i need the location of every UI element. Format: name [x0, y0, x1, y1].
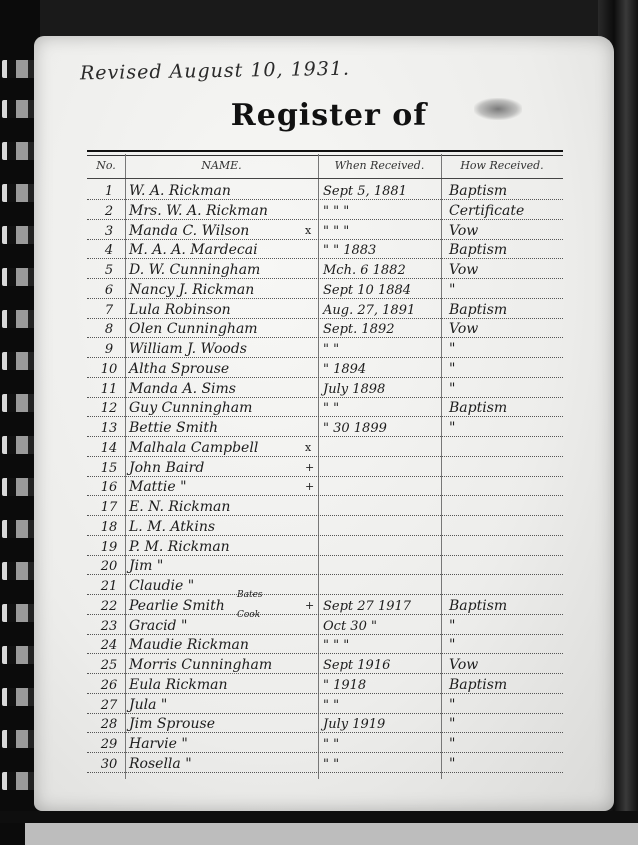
binding-ring [2, 688, 36, 706]
binding-ring [2, 520, 36, 538]
binding-ring [2, 310, 36, 328]
entry-how-received: " [449, 697, 559, 713]
entry-how-received: " [449, 420, 559, 436]
entry-number: 28 [91, 717, 127, 732]
entry-when-received: " " 1883 [323, 243, 439, 258]
entry-name: L. M. Atkins [129, 519, 317, 535]
entry-number: 27 [91, 698, 127, 713]
entry-how-received: Certificate [449, 203, 559, 219]
entry-name: Lula Robinson [129, 302, 317, 318]
entry-number: 9 [91, 342, 127, 357]
entry-when-received: " 1918 [323, 678, 439, 693]
entry-name: Manda C. Wilson [129, 223, 317, 239]
entry-number: 18 [91, 520, 127, 535]
binding-ring [2, 226, 36, 244]
entry-how-received: " [449, 282, 559, 298]
table-row: 19P. M. Rickman [87, 537, 563, 556]
entry-when-received: " 1894 [323, 362, 439, 377]
table-row: 16Mattie "+ [87, 477, 563, 496]
entry-how-received: " [449, 361, 559, 377]
revised-annotation: Revised August 10, 1931. [80, 58, 350, 85]
entry-how-received: " [449, 341, 559, 357]
entry-name: W. A. Rickman [129, 183, 317, 199]
column-header-no: No. [87, 159, 125, 172]
entry-name: Rosella " [129, 756, 317, 772]
entry-mark: + [305, 599, 314, 612]
table-row: 8Olen CunninghamSept. 1892Vow [87, 319, 563, 338]
header-rule [87, 150, 563, 156]
entry-name: Claudie " [129, 578, 317, 594]
entry-name: Mattie " [129, 479, 317, 495]
entry-name: M. A. A. Mardecai [129, 242, 317, 258]
entry-name: Eula Rickman [129, 677, 317, 693]
table-row: 11Manda A. SimsJuly 1898" [87, 379, 563, 398]
table-row: 15John Baird+ [87, 458, 563, 477]
entry-name: Mrs. W. A. Rickman [129, 203, 317, 219]
entry-name: Gracid " [129, 618, 317, 634]
entry-number: 19 [91, 540, 127, 555]
entry-name: P. M. Rickman [129, 539, 317, 555]
table-row: 22Pearlie SmithSept 27 1917Baptism+Bates [87, 596, 563, 615]
binding-ring [2, 772, 36, 790]
entry-how-received: " [449, 736, 559, 752]
entry-how-received: Baptism [449, 677, 559, 693]
scanner-bed [25, 823, 638, 845]
table-row: 4M. A. A. Mardecai" " 1883Baptism [87, 240, 563, 259]
entry-how-received: Baptism [449, 598, 559, 614]
entry-note: Bates [237, 590, 263, 600]
entry-number: 29 [91, 737, 127, 752]
entry-number: 17 [91, 500, 127, 515]
entry-number: 16 [91, 480, 127, 495]
entry-name: Bettie Smith [129, 420, 317, 436]
header-underline [87, 178, 125, 179]
entry-how-received: Vow [449, 262, 559, 278]
table-row: 2Mrs. W. A. Rickman" " "Certificate [87, 201, 563, 220]
table-row: 1W. A. RickmanSept 5, 1881Baptism [87, 181, 563, 200]
entry-when-received: " " [323, 342, 439, 357]
entry-when-received: Sept 1916 [323, 658, 439, 673]
entry-how-received: " [449, 618, 559, 634]
table-row: 28Jim SprouseJuly 1919" [87, 714, 563, 733]
table-row: 13Bettie Smith" 30 1899" [87, 418, 563, 437]
table-row: 20Jim " [87, 556, 563, 575]
entry-number: 5 [91, 263, 127, 278]
binding-ring [2, 352, 36, 370]
book-bottom-edge [0, 811, 638, 823]
table-row: 30Rosella "" "" [87, 754, 563, 773]
table-row: 10Altha Sprouse" 1894" [87, 359, 563, 378]
entry-how-received: Baptism [449, 242, 559, 258]
entry-number: 1 [91, 184, 127, 199]
entry-when-received: Sept 27 1917 [323, 599, 439, 614]
header-underline [318, 178, 441, 179]
binding-ring [2, 604, 36, 622]
entry-when-received: Oct 30 " [323, 619, 439, 634]
table-row: 25Morris CunninghamSept 1916Vow [87, 655, 563, 674]
entry-when-received: " " [323, 757, 439, 772]
table-row: 5D. W. CunninghamMch. 6 1882Vow [87, 260, 563, 279]
entry-when-received: " 30 1899 [323, 421, 439, 436]
entry-number: 10 [91, 362, 127, 377]
entry-when-received: Sept. 1892 [323, 322, 439, 337]
entry-number: 13 [91, 421, 127, 436]
entry-when-received: Mch. 6 1882 [323, 263, 439, 278]
binding-ring [2, 436, 36, 454]
table-row: 23Gracid "Oct 30 ""Cook [87, 616, 563, 635]
entry-number: 11 [91, 382, 127, 397]
entry-number: 12 [91, 401, 127, 416]
entry-name: D. W. Cunningham [129, 262, 317, 278]
entry-mark: + [305, 461, 314, 474]
column-header-name: NAME. [125, 159, 318, 172]
table-row: 14Malhala Campbellx [87, 438, 563, 457]
entry-how-received: Vow [449, 321, 559, 337]
entry-how-received: Vow [449, 223, 559, 239]
entry-number: 4 [91, 243, 127, 258]
entry-name: Harvie " [129, 736, 317, 752]
entry-mark: x [305, 224, 311, 237]
entry-number: 20 [91, 559, 127, 574]
entry-number: 14 [91, 441, 127, 456]
header-underline [441, 178, 563, 179]
binding-ring [2, 478, 36, 496]
entry-how-received: Vow [449, 657, 559, 673]
entry-when-received: July 1919 [323, 717, 439, 732]
entry-number: 6 [91, 283, 127, 298]
entry-when-received: Aug. 27, 1891 [323, 303, 439, 318]
table-row: 18L. M. Atkins [87, 517, 563, 536]
entry-how-received: Baptism [449, 302, 559, 318]
entry-name: E. N. Rickman [129, 499, 317, 515]
column-header-when: When Received. [318, 159, 441, 172]
entry-number: 21 [91, 579, 127, 594]
entry-name: Guy Cunningham [129, 400, 317, 416]
entry-mark: + [305, 480, 314, 493]
table-row: 17E. N. Rickman [87, 497, 563, 516]
entry-name: Nancy J. Rickman [129, 282, 317, 298]
table-row: 21Claudie " [87, 576, 563, 595]
entry-number: 3 [91, 224, 127, 239]
entry-how-received: Baptism [449, 400, 559, 416]
entry-note: Cook [237, 610, 260, 620]
entry-name: Morris Cunningham [129, 657, 317, 673]
table-row: 27Jula "" "" [87, 695, 563, 714]
binding-ring [2, 646, 36, 664]
entry-when-received: July 1898 [323, 382, 439, 397]
entry-name: Jula " [129, 697, 317, 713]
entry-number: 2 [91, 204, 127, 219]
entry-number: 7 [91, 303, 127, 318]
entry-when-received: " " [323, 698, 439, 713]
entry-number: 25 [91, 658, 127, 673]
entry-name: Altha Sprouse [129, 361, 317, 377]
entry-name: Manda A. Sims [129, 381, 317, 397]
entry-name: William J. Woods [129, 341, 317, 357]
entry-number: 15 [91, 461, 127, 476]
table-row: 7Lula RobinsonAug. 27, 1891Baptism [87, 300, 563, 319]
page-title: Register of [0, 98, 638, 133]
binding-ring [2, 268, 36, 286]
table-row: 26Eula Rickman" 1918Baptism [87, 675, 563, 694]
table-row: 24Maudie Rickman" " "" [87, 635, 563, 654]
binding-ring [2, 394, 36, 412]
entry-how-received: " [449, 381, 559, 397]
entry-name: Jim " [129, 558, 317, 574]
entry-name: John Baird [129, 460, 317, 476]
entry-number: 30 [91, 757, 127, 772]
entry-how-received: " [449, 756, 559, 772]
entry-when-received: " " [323, 401, 439, 416]
entry-name: Malhala Campbell [129, 440, 317, 456]
entry-how-received: " [449, 716, 559, 732]
entry-mark: x [305, 441, 311, 454]
entry-number: 23 [91, 619, 127, 634]
entry-number: 22 [91, 599, 127, 614]
entry-name: Olen Cunningham [129, 321, 317, 337]
entry-when-received: " " " [323, 224, 439, 239]
binding-ring [2, 562, 36, 580]
entry-when-received: Sept 10 1884 [323, 283, 439, 298]
binding-ring [2, 184, 36, 202]
binding-ring [2, 60, 36, 78]
entry-when-received: " " [323, 737, 439, 752]
binding-ring [2, 142, 36, 160]
table-row: 9William J. Woods" "" [87, 339, 563, 358]
entry-how-received: Baptism [449, 183, 559, 199]
table-row: 6Nancy J. RickmanSept 10 1884" [87, 280, 563, 299]
entry-when-received: Sept 5, 1881 [323, 184, 439, 199]
entry-number: 8 [91, 322, 127, 337]
table-row: 12Guy Cunningham" "Baptism [87, 398, 563, 417]
binding-ring [2, 730, 36, 748]
entry-number: 26 [91, 678, 127, 693]
table-row: 29Harvie "" "" [87, 734, 563, 753]
header-underline [125, 178, 318, 179]
entry-number: 24 [91, 638, 127, 653]
entry-when-received: " " " [323, 204, 439, 219]
entry-how-received: " [449, 637, 559, 653]
entry-name: Pearlie Smith [129, 598, 317, 614]
dotted-line [87, 772, 563, 773]
entry-name: Maudie Rickman [129, 637, 317, 653]
entry-when-received: " " " [323, 638, 439, 653]
table-row: 3Manda C. Wilson" " "Vowx [87, 221, 563, 240]
column-header-how: How Received. [441, 159, 563, 172]
entry-name: Jim Sprouse [129, 716, 317, 732]
